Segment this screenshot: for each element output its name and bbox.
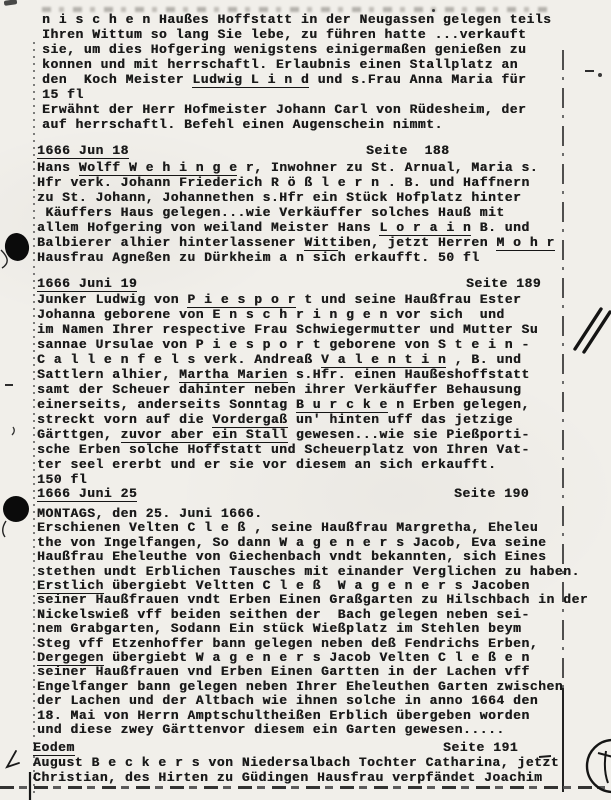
underlined-text: P i e s p o r [187,292,296,308]
text-line: 18. Mai von Herrn Amptschultheißen Erbli… [37,709,588,723]
text-line: den Koch Meister Ludwig L i n d und s.Fr… [42,72,551,87]
paragraph-piesport-valentin: Junker Ludwig von P i e s p o r t und se… [37,292,538,487]
page-number: Seite 189 [466,276,541,291]
entry-header-1666-juni-19: 1666 Juni 19Seite 189 [37,276,607,292]
text-line: nem Grabgarten, Sodann Ein stück Wießpla… [37,622,588,636]
underlined-text: M o h r [496,235,554,251]
text-line: sie, um dies Hofgering wenigstens einige… [42,42,551,57]
text-line: und diese zwey Gärttenvor diesem ein Gar… [37,723,588,737]
text-line: 150 fl [37,472,538,487]
text-line: im Namen Ihrer respective Frau Schwieger… [37,322,538,337]
corner-ink-mark [4,0,18,6]
text-line: Haußfrau Eheleuthe von Giechenbach vndt … [37,550,588,564]
handwritten-check-mark [7,751,19,767]
underlined-text: L o r a i n [379,220,471,236]
text-line: 15 fl [42,87,551,102]
text-line: zu St. Johann, Johannethen s.Hfr ein Stü… [37,190,555,205]
pen-comma-mark [12,427,14,435]
pen-squiggle [1,250,7,268]
text-line: Christian, des Hirten zu Güdingen Hausfr… [33,770,559,785]
text-line: Steg vff Etzenhoffer bann gelegen neben … [37,637,588,651]
ink-blot [3,496,29,522]
text-line: sche Erben solche Hoffstatt und Scheuerp… [37,442,538,457]
text-line: Hfr verk. Johann Friederich R ö ß l e r … [37,175,555,190]
text-line: der Lachen und der Altbach wie ihnen sol… [37,694,588,708]
underlined-text: V a l e n t i n [321,352,446,368]
text-line: Nickelswieß vff beiden seithen der Bach … [37,608,588,622]
text-line: MONTAGS, den 25. Juni 1666. [37,507,588,521]
underlined-text: zuvor aber ein Stall [121,427,288,443]
text-line: n i s c h e n Haußes Hoffstatt in der Ne… [42,12,551,27]
text-line: Sattlern alhier, Martha Marien s.Hfr. ei… [37,367,538,382]
ink-blot [3,231,31,263]
paragraph-wittum-stallplatz: n i s c h e n Haußes Hoffstatt in der Ne… [42,12,551,132]
scanned-document-page: n i s c h e n Haußes Hoffstatt in der Ne… [0,0,611,800]
text-line: C a l l e n f e l s verk. Andreaß V a l … [37,352,538,367]
text-line: ter seel ererbt und er sie vor diesem an… [37,457,538,472]
text-line: Erschienen Velten C l e ß , seine Haußfr… [37,521,588,535]
text-line: Balbierer alhier hinterlassener Wittiben… [37,235,555,250]
text-line: Erstlich übergiebt Veltten C l e ß W a g… [37,579,588,593]
text-line: seiner Haußfrauen vndt Erben Einen Graßg… [37,593,588,607]
text-line: Johanna geborene von E n s c h r i n g e… [37,307,538,322]
paragraph-beckers: August B e c k e r s von Niedersalbach T… [33,755,559,785]
text-line: Junker Ludwig von P i e s p o r t und se… [37,292,538,307]
underlined-text: B u r c k e [296,397,388,413]
text-line: Engelfanger bann gelegen neben Ihrer Ehe… [37,680,588,694]
text-line: Dergegen übergiebt W a g e n e r s Jacob… [37,651,588,665]
text-line: August B e c k e r s von Niedersalbach T… [33,755,559,770]
text-line: Ihren Wittum so lang Sie lebe, zu führen… [42,27,551,42]
underlined-text: Martha Marien [179,367,288,383]
text-line: streckt vorn auf die Vordergaß un' hinte… [37,412,538,427]
text-line: Käuffers Haus gelegen...wie Verkäuffer s… [37,205,555,220]
text-line: einerseits, anderseits Sonntag B u r c k… [37,397,538,412]
text-line: seiner Haußfrauen vnd Erben Einen Gartte… [37,665,588,679]
text-line: auf herrschaftl. Befehl einen Augenschei… [42,117,551,132]
pen-tail-mark [3,521,6,537]
entry-header-eodem: EodemSeite 191 [33,740,603,756]
entry-date: 1666 Juni 25 [37,486,137,502]
bottom-dashed-rule [0,786,611,789]
handwritten-double-slash [575,309,601,349]
text-line: stethen undt Erblichen Tausches mit eina… [37,565,588,579]
text-line: samt der Scheuer dahinter neben ihrer Ve… [37,382,538,397]
underlined-text: Wolff W e h i n g e [79,160,238,176]
text-line: the von Ingelfangen, So dann W a g e n e… [37,536,588,550]
paragraph-cless-wagener-tausch: MONTAGS, den 25. Juni 1666.Erschienen Ve… [37,507,588,738]
handwritten-double-slash [584,312,610,352]
text-line: Hausfrau Agneßen zu Dürkheim a n sich er… [37,250,555,265]
paragraph-wehinger: Hans Wolff W e h i n g e r, Inwohner zu … [37,160,555,265]
text-line: sannae Ursulae von P i e s p o r t gebor… [37,337,538,352]
pen-dash-mark [585,70,594,72]
left-margin-rule [33,42,35,794]
text-line: Hans Wolff W e h i n g e r, Inwohner zu … [37,160,555,175]
text-line: konnen und mit herrschaftl. Erlaubnis ei… [42,57,551,72]
text-line: Erwähnt der Herr Hofmeister Johann Carl … [42,102,551,117]
underlined-text: Vordergaß [212,412,287,428]
entry-header-1666-juni-25: 1666 Juni 25Seite 190 [37,486,607,502]
entry-date: 1666 Juni 19 [37,276,137,292]
entry-date: 1666 Jun 18 [37,143,129,159]
entry-header-1666-jun-18: 1666 Jun 18Seite 188 [37,143,607,159]
pen-dash-mark [5,384,13,386]
page-number: Seite 190 [454,486,529,501]
entry-date: Eodem [33,740,75,756]
ink-speck [598,73,602,77]
underlined-text: Ludwig L i n d [192,72,309,88]
page-number: Seite 191 [443,740,518,755]
underlined-text: Witt [304,235,337,251]
text-line: Gärttgen, zuvor aber ein Stall gewesen..… [37,427,538,442]
page-number: Seite 188 [366,143,450,158]
text-line: allem Hofgering von weiland Meister Hans… [37,220,555,235]
